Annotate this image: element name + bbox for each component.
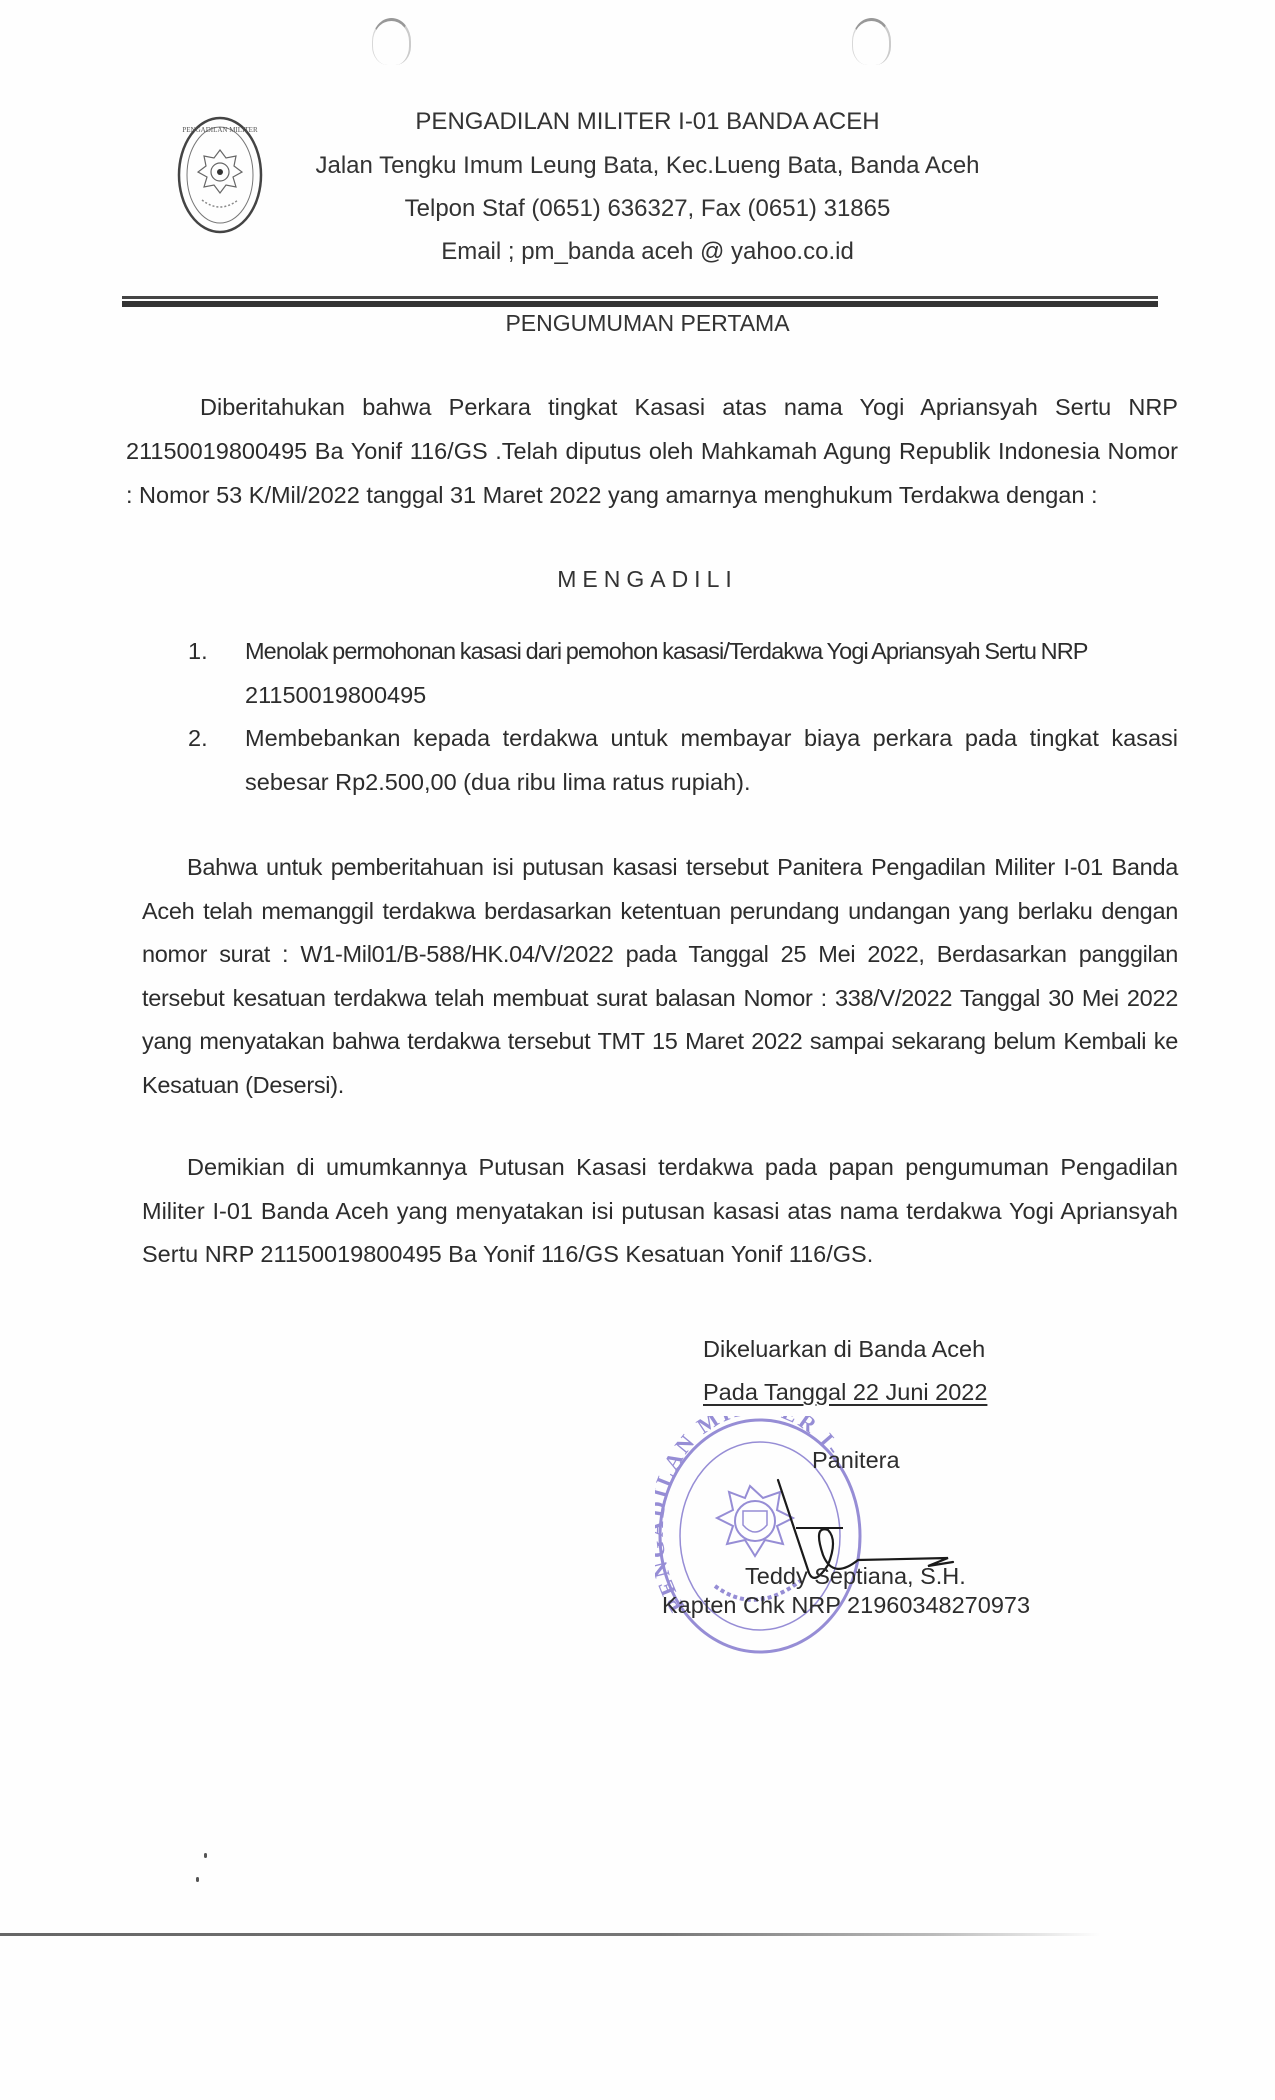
signatory-name: Teddy Septiana, S.H. <box>745 1563 966 1590</box>
closing-paragraph: Demikian di umumkannya Putusan Kasasi te… <box>142 1146 1178 1277</box>
institution-email: Email ; pm_banda aceh @ yahoo.co.id <box>0 238 1275 266</box>
verdict-item-text-cont: 21150019800495 <box>245 674 1178 718</box>
bottom-rule <box>0 1933 1100 1936</box>
verdict-item: 1. Menolak permohonan kasasi dari pemoho… <box>188 630 1178 717</box>
verdict-list: 1. Menolak permohonan kasasi dari pemoho… <box>188 630 1178 804</box>
scan-speck <box>204 1853 207 1858</box>
verdict-item-number: 1. <box>188 630 208 674</box>
notification-paragraph-text: Bahwa untuk pemberitahuan isi putusan ka… <box>142 846 1178 1107</box>
scan-speck <box>196 1877 199 1882</box>
punch-hole-left <box>372 18 411 65</box>
document-title: PENGUMUMAN PERTAMA <box>0 310 1275 337</box>
notification-paragraph: Bahwa untuk pemberitahuan isi putusan ka… <box>142 846 1178 1107</box>
verdict-item: 2. Membebankan kepada terdakwa untuk mem… <box>188 717 1178 804</box>
verdict-item-text: Membebankan kepada terdakwa untuk membay… <box>245 717 1178 804</box>
institution-name: PENGADILAN MILITER I-01 BANDA ACEH <box>0 108 1275 136</box>
verdict-heading: MENGADILI <box>0 566 1275 593</box>
closing-paragraph-text: Demikian di umumkannya Putusan Kasasi te… <box>142 1146 1178 1277</box>
punch-hole-right <box>852 18 891 65</box>
issued-date: Pada Tanggal 22 Juni 2022 <box>703 1379 987 1406</box>
verdict-item-number: 2. <box>188 717 208 761</box>
signatory-role: Panitera <box>812 1447 900 1474</box>
signatory-rank-nrp: Kapten Chk NRP 21960348270973 <box>662 1592 1030 1619</box>
intro-paragraph: Diberitahukan bahwa Perkara tingkat Kasa… <box>126 385 1178 517</box>
verdict-item-text: Menolak permohonan kasasi dari pemohon k… <box>245 630 1178 674</box>
letterhead-rule-thin <box>122 296 1158 299</box>
intro-paragraph-text: Diberitahukan bahwa Perkara tingkat Kasa… <box>126 385 1178 517</box>
institution-address: Jalan Tengku Imum Leung Bata, Kec.Lueng … <box>0 152 1275 180</box>
letterhead-rule-thick <box>122 301 1158 307</box>
institution-phone: Telpon Staf (0651) 636327, Fax (0651) 31… <box>0 195 1275 223</box>
issued-place: Dikeluarkan di Banda Aceh <box>703 1336 985 1363</box>
